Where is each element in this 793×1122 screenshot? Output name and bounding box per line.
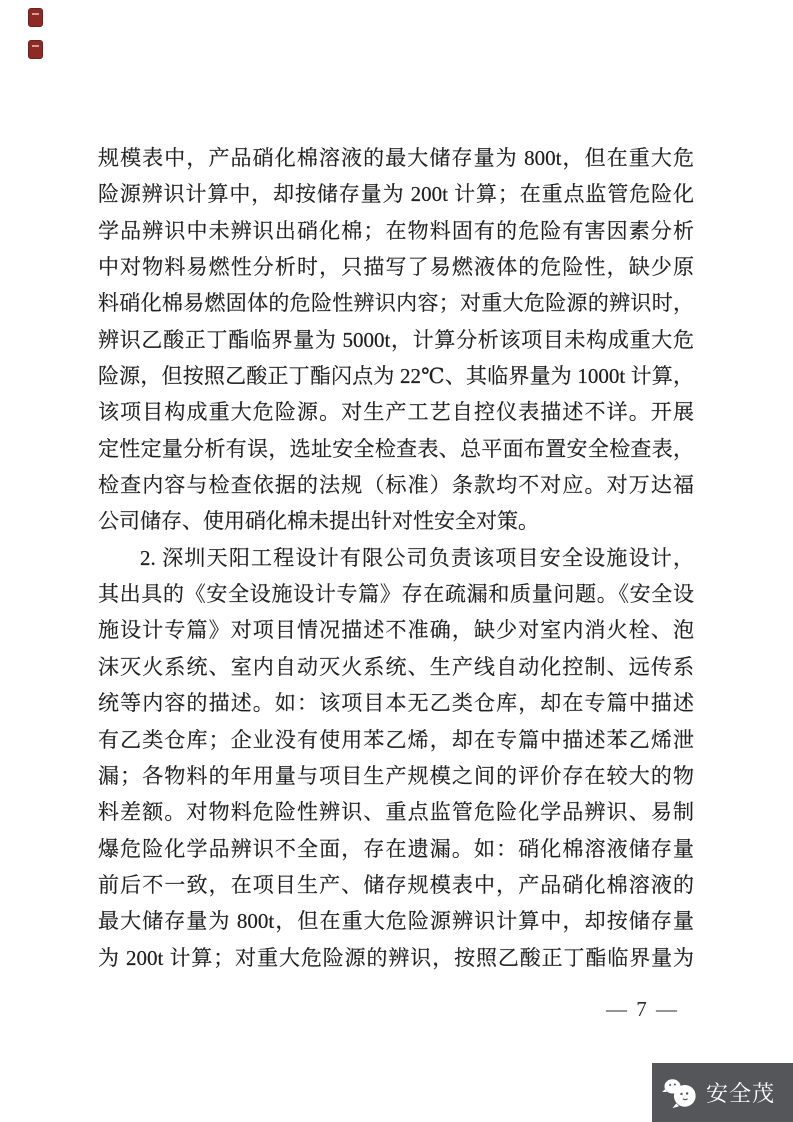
text-line: 辨识乙酸正丁酯临界量为 5000t，计算分析该项目未构成重大危: [98, 322, 694, 358]
text-line: 定性定量分析有误，选址安全检查表、总平面布置安全检查表，: [98, 431, 694, 467]
mascot-bird-icon: [662, 1076, 700, 1110]
text-line: 料硝化棉易燃固体的危险性辨识内容；对重大危险源的辨识时，: [98, 285, 694, 321]
text-line: 统等内容的描述。如：该项目本无乙类仓库，却在专篇中描述: [98, 685, 694, 721]
red-seal-icon: [28, 8, 43, 27]
text-line: 沫灭火系统、室内自动灭火系统、生产线自动化控制、远传系: [98, 649, 694, 685]
text-line: 公司储存、使用硝化棉未提出针对性安全对策。: [98, 503, 694, 539]
text-line: 检查内容与检查依据的法规（标准）条款均不对应。对万达福: [98, 467, 694, 503]
text-line: 料差额。对物料危险性辨识、重点监管危险化学品辨识、易制: [98, 794, 694, 830]
text-line: 最大储存量为 800t，但在重大危险源辨识计算中，却按储存量: [98, 903, 694, 939]
text-line: 该项目构成重大危险源。对生产工艺自控仪表描述不详。开展: [98, 394, 694, 430]
brand-name: 安全茂: [706, 1077, 775, 1108]
text-line: 其出具的《安全设施设计专篇》存在疏漏和质量问题。《安全设: [98, 576, 694, 612]
document-page: 规模表中，产品硝化棉溶液的最大储存量为 800t，但在重大危险源辨识计算中，却按…: [0, 0, 793, 1122]
text-line: 爆危险化学品辨识不全面，存在遗漏。如：硝化棉溶液储存量: [98, 831, 694, 867]
text-line: 学品辨识中未辨识出硝化棉；在物料固有的危险有害因素分析: [98, 213, 694, 249]
text-line: 险源，但按照乙酸正丁酯闪点为 22℃、其临界量为 1000t 计算，: [98, 358, 694, 394]
text-line: 险源辨识计算中，却按储存量为 200t 计算；在重点监管危险化: [98, 176, 694, 212]
text-line: 漏；各物料的年用量与项目生产规模之间的评价存在较大的物: [98, 758, 694, 794]
text-line: 中对物料易燃性分析时，只描写了易燃液体的危险性，缺少原: [98, 249, 694, 285]
text-line: 前后不一致，在项目生产、储存规模表中，产品硝化棉溶液的: [98, 867, 694, 903]
text-line: 有乙类仓库；企业没有使用苯乙烯，却在专篇中描述苯乙烯泄: [98, 722, 694, 758]
document-body: 规模表中，产品硝化棉溶液的最大储存量为 800t，但在重大危险源辨识计算中，却按…: [98, 140, 694, 976]
text-line: 施设计专篇》对项目情况描述不准确，缺少对室内消火栓、泡: [98, 612, 694, 648]
red-seal-icon: [28, 40, 43, 59]
page-number: — 7 —: [606, 997, 679, 1022]
text-line: 2. 深圳天阳工程设计有限公司负责该项目安全设施设计，: [98, 540, 694, 576]
text-line: 规模表中，产品硝化棉溶液的最大储存量为 800t，但在重大危: [98, 140, 694, 176]
brand-badge: 安全茂: [652, 1063, 793, 1122]
text-line: 为 200t 计算；对重大危险源的辨识，按照乙酸正丁酯临界量为: [98, 940, 694, 976]
